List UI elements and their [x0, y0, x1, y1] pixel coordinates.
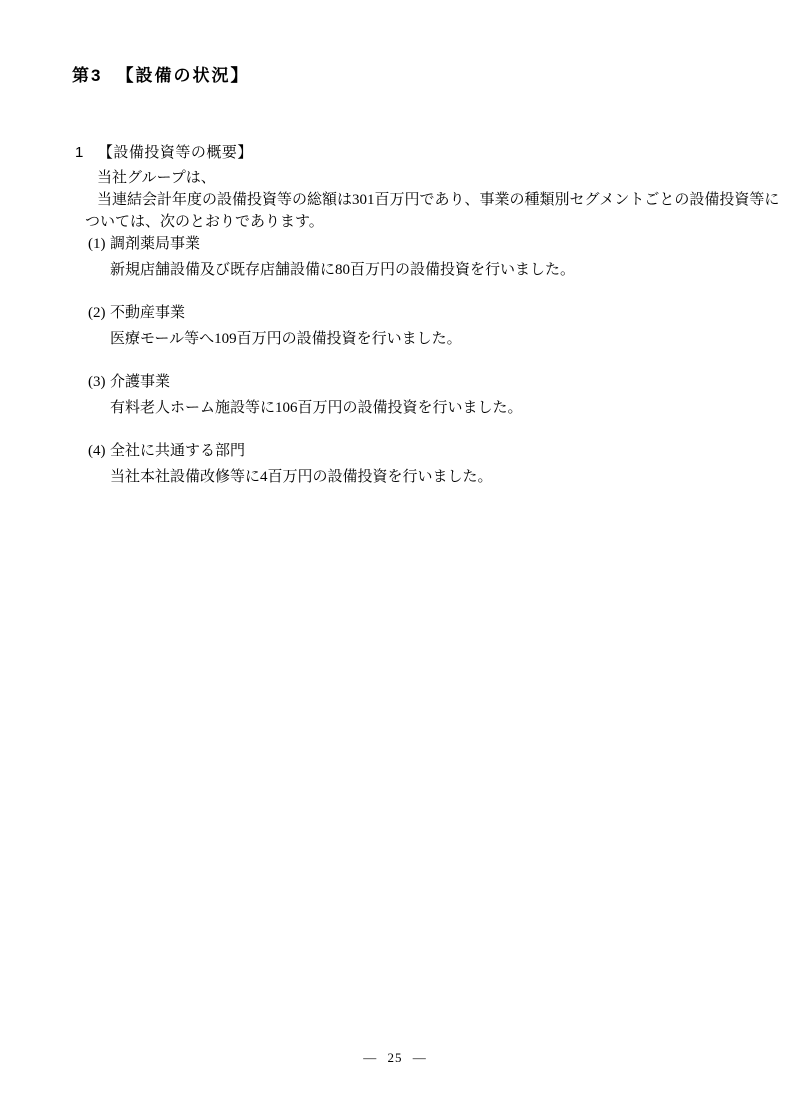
page-number: ― 25 ―: [363, 1050, 427, 1065]
item-title: 介護事業: [110, 371, 170, 393]
page-title-label: 【設備の状況】: [116, 66, 249, 85]
intro-line: ついては、次のとおりであります。: [85, 211, 790, 233]
item-description: 当社本社設備改修等に4百万円の設備投資を行いました。: [110, 466, 790, 488]
document-page: 第3【設備の状況】 1【設備投資等の概要】 当社グループは、 当連結会計年度の設…: [0, 64, 790, 488]
segment-item-corporate: (4) 全社に共通する部門 当社本社設備改修等に4百万円の設備投資を行いました。: [88, 440, 790, 488]
section-heading: 1【設備投資等の概要】: [75, 143, 790, 163]
section-intro-paragraph: 当社グループは、 当連結会計年度の設備投資等の総額は301百万円であり、事業の種…: [0, 167, 790, 233]
item-description: 新規店舗設備及び既存店舗設備に80百万円の設備投資を行いました。: [110, 259, 790, 281]
item-heading: (1) 調剤薬局事業: [88, 233, 790, 255]
item-heading: (4) 全社に共通する部門: [88, 440, 790, 462]
item-title: 全社に共通する部門: [110, 440, 245, 462]
segment-items: (1) 調剤薬局事業 新規店舗設備及び既存店舗設備に80百万円の設備投資を行いま…: [0, 233, 790, 488]
item-number: (1): [88, 233, 110, 255]
item-number: (4): [88, 440, 110, 462]
segment-item-real-estate: (2) 不動産事業 医療モール等へ109百万円の設備投資を行いました。: [88, 302, 790, 350]
section-capital-expenditure-overview: 1【設備投資等の概要】 当社グループは、 当連結会計年度の設備投資等の総額は30…: [0, 143, 790, 488]
item-number: (3): [88, 371, 110, 393]
section-label: 【設備投資等の概要】: [98, 144, 253, 161]
page-title-number: 第3: [72, 66, 102, 85]
page-footer: ― 25 ―: [0, 1049, 790, 1067]
intro-line: 当連結会計年度の設備投資等の総額は301百万円であり、事業の種類別セグメントごと…: [97, 189, 790, 211]
page-title: 第3【設備の状況】: [72, 64, 790, 87]
item-title: 調剤薬局事業: [110, 233, 200, 255]
intro-line: 当社グループは、: [97, 167, 790, 189]
item-heading: (3) 介護事業: [88, 371, 790, 393]
item-number: (2): [88, 302, 110, 324]
section-number: 1: [75, 144, 84, 161]
item-description: 医療モール等へ109百万円の設備投資を行いました。: [110, 328, 790, 350]
item-title: 不動産事業: [110, 302, 185, 324]
segment-item-nursing-care: (3) 介護事業 有料老人ホーム施設等に106百万円の設備投資を行いました。: [88, 371, 790, 419]
segment-item-pharmacy: (1) 調剤薬局事業 新規店舗設備及び既存店舗設備に80百万円の設備投資を行いま…: [88, 233, 790, 281]
item-description: 有料老人ホーム施設等に106百万円の設備投資を行いました。: [110, 397, 790, 419]
item-heading: (2) 不動産事業: [88, 302, 790, 324]
